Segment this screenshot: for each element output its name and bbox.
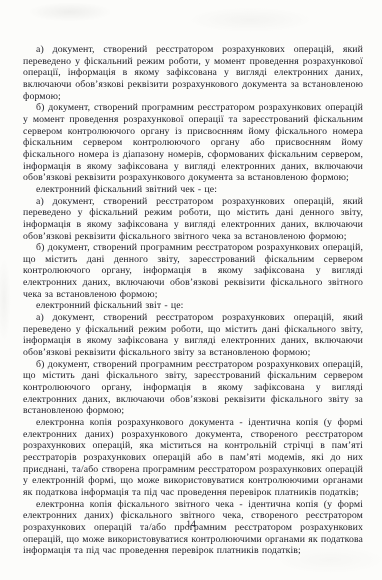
- page-number: 14: [0, 519, 382, 530]
- paragraph-electronic-copy-settlement-doc: електронна копія розрахункового документ…: [23, 417, 363, 499]
- paragraph-definition-fiscal-report-check: електронний фіскальний звітний чек - це:: [23, 184, 363, 196]
- document-text-block: а) документ, створений реєстратором розр…: [23, 44, 363, 557]
- scanned-document-page: а) документ, створений реєстратором розр…: [0, 0, 382, 580]
- paragraph-item-a-fiscal-doc: а) документ, створений реєстратором розр…: [23, 44, 363, 102]
- paragraph-item-b-fiscal-report: б) документ, створений програмним реєстр…: [23, 359, 363, 417]
- paragraph-item-a-report-check: а) документ, створений реєстратором розр…: [23, 196, 363, 243]
- paragraph-item-b-fiscal-doc: б) документ, створений програмним реєстр…: [23, 102, 363, 184]
- paragraph-definition-fiscal-report: електронний фіскальний звіт - це:: [23, 300, 363, 312]
- paragraph-item-b-report-check: б) документ, створений програмним реєстр…: [23, 242, 363, 300]
- paragraph-item-a-fiscal-report: а) документ, створений реєстратором розр…: [23, 312, 363, 359]
